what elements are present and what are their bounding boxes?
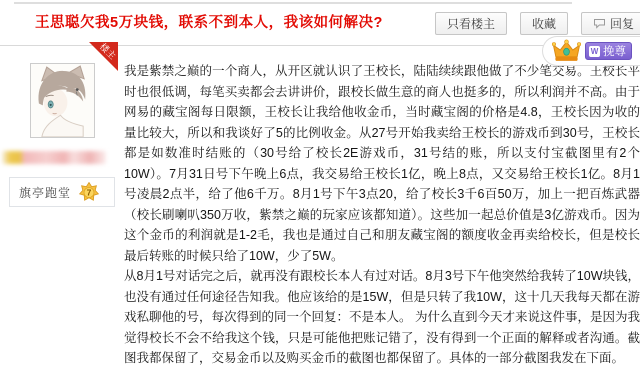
vip-tab: W 挽尊 xyxy=(542,36,640,66)
w-card-icon: W xyxy=(589,46,600,57)
reply-button[interactable]: 回复 xyxy=(581,12,640,35)
crown-icon xyxy=(552,39,581,63)
level-title: 旗亭跑堂 xyxy=(19,184,71,201)
post-title: 王思聪欠我5万块钱，联系不到本人，我该如何解决? xyxy=(35,11,383,32)
op-ribbon: 楼主 xyxy=(86,42,118,74)
view-op-button[interactable]: 只看楼主 xyxy=(435,12,507,35)
level-star-icon: 7 xyxy=(79,182,99,203)
post-paragraph: 我是紫禁之巅的一个商人，从开区就认识了王校长，陆陆续续跟他做了不少笔交易。王校长… xyxy=(124,61,640,266)
level-badge-box: 旗亭跑堂 7 xyxy=(9,177,115,207)
reply-bubble-icon xyxy=(593,18,606,29)
favorite-label: 收藏 xyxy=(532,15,556,32)
level-number: 7 xyxy=(87,187,92,197)
post-body: 我是紫禁之巅的一个商人，从开区就认识了王校长，陆陆续续跟他做了不少笔交易。王校长… xyxy=(124,61,640,369)
wanzun-label: 挽尊 xyxy=(603,43,626,59)
wanzun-button[interactable]: W 挽尊 xyxy=(585,42,632,60)
cat-boy-avatar xyxy=(31,64,94,137)
top-edge-line xyxy=(14,2,572,4)
avatar[interactable] xyxy=(30,63,95,138)
post-paragraph: 从8月1号对话完之后，就再没有跟校长本人有过对话。8月3号下午他突然给我转了10… xyxy=(124,266,640,369)
reply-label: 回复 xyxy=(610,15,634,32)
sidebar: 楼主 旗亭跑堂 7 xyxy=(0,46,120,384)
censored-username[interactable] xyxy=(2,151,106,164)
favorite-button[interactable]: 收藏 xyxy=(520,12,568,35)
tieba-post-page: 王思聪欠我5万块钱，联系不到本人，我该如何解决? 只看楼主 收藏 回复 xyxy=(0,0,640,384)
action-buttons: 只看楼主 收藏 回复 xyxy=(435,12,640,35)
view-op-label: 只看楼主 xyxy=(447,15,495,32)
